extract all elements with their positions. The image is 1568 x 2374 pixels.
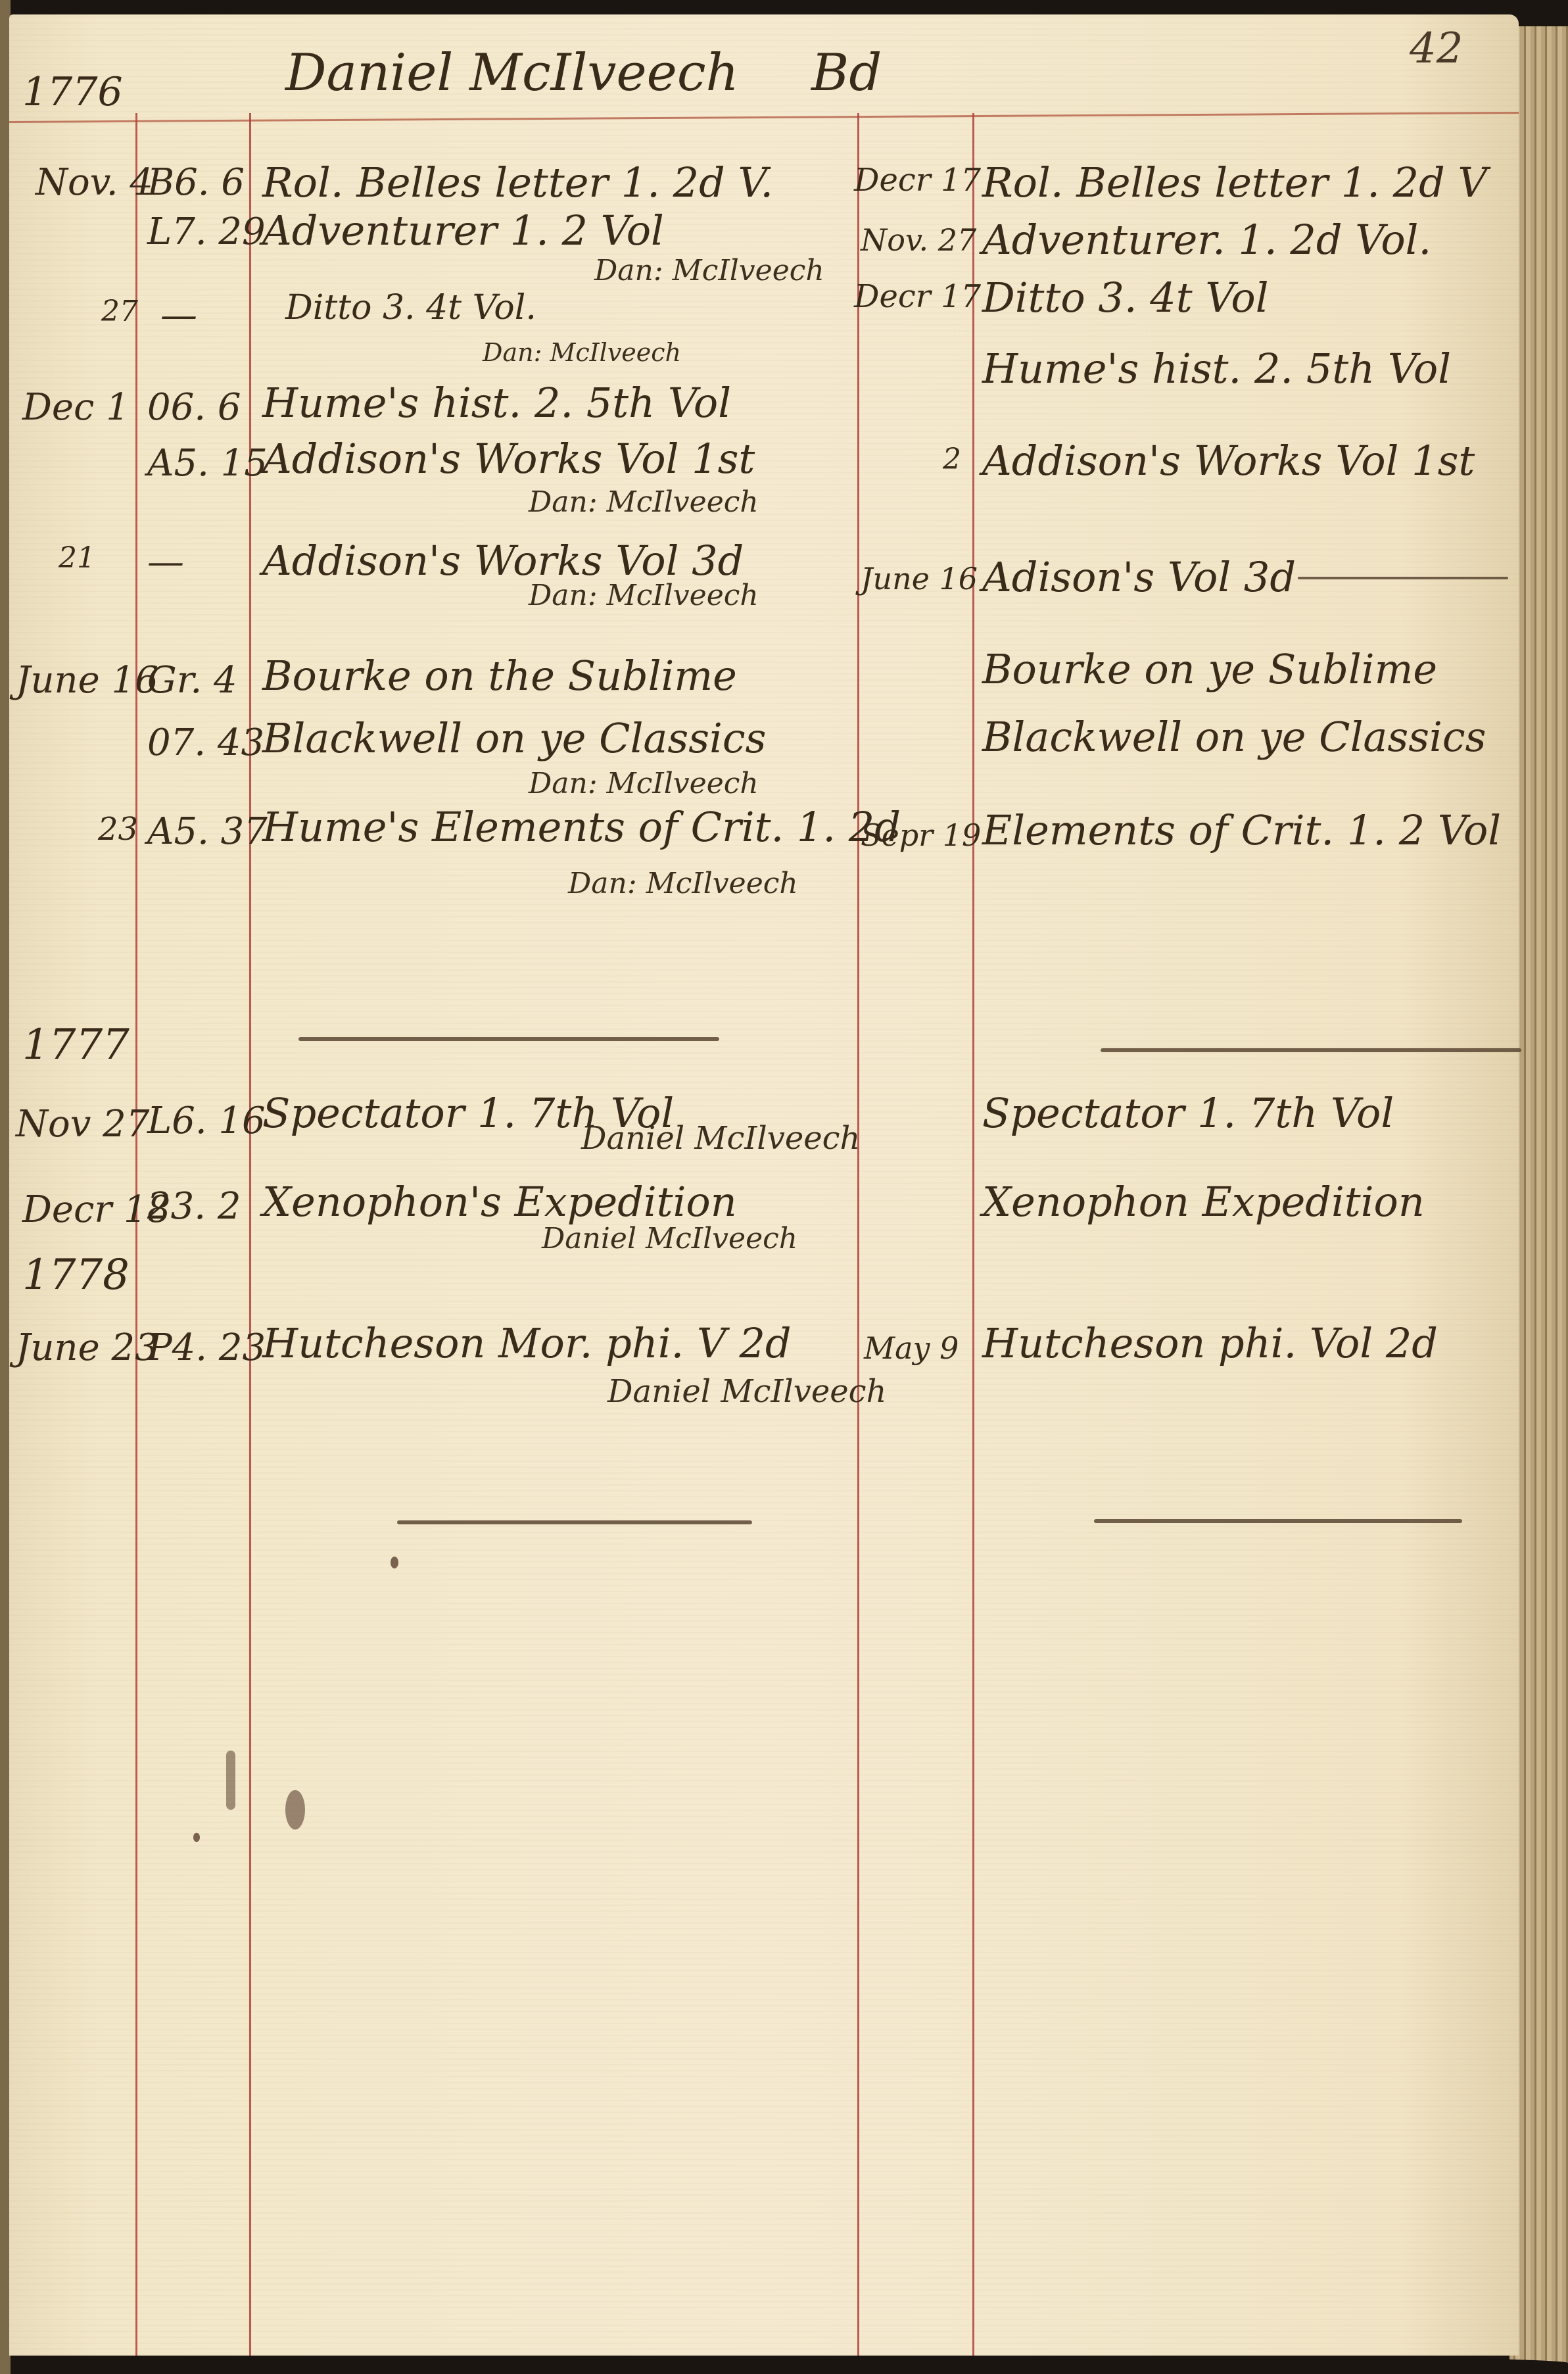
borrowed-date: 23	[98, 813, 138, 845]
borrowed-date: Nov. 4	[36, 164, 153, 201]
book-title: Hume's hist. 2. 5th Vol	[262, 383, 731, 424]
shelf-mark: 06. 6	[147, 389, 241, 426]
returned-title: Hutcheson phi. Vol 2d	[982, 1323, 1438, 1364]
returned-date: Decr 17	[854, 164, 981, 196]
ledger-page: 1776 Daniel McIlveech Bd 42 Nov. 4 B6. 6…	[9, 14, 1519, 2356]
returned-title: Ditto 3. 4t Vol	[982, 278, 1269, 318]
returned-date: Nov. 27	[861, 225, 976, 255]
returned-title: Xenophon Expedition	[982, 1182, 1425, 1223]
book-title: Bourke on the Sublime	[262, 656, 737, 696]
returned-title: Hume's hist. 2. 5th Vol	[982, 349, 1451, 389]
shelf-mark: 23. 2	[147, 1188, 241, 1225]
returned-date: May 9	[864, 1333, 959, 1363]
column-rule-returned-title	[972, 113, 974, 2356]
signature: Daniel McIlveech	[542, 1224, 797, 1253]
book-title: Ditto 3. 4t Vol.	[285, 291, 536, 325]
signature: Dan: McIlveech	[594, 256, 824, 285]
borrower-name: Daniel McIlveech	[285, 47, 739, 99]
returned-date: Sepr 19	[861, 820, 981, 850]
shelf-mark: L7. 29	[147, 214, 266, 251]
book-title: Addison's Works Vol 1st	[262, 439, 755, 479]
section-divider	[298, 1037, 719, 1041]
signature: Daniel McIlveech	[581, 1123, 860, 1154]
shelf-mark: B6. 6	[147, 164, 245, 201]
book-title: Blackwell on ye Classics	[262, 718, 766, 759]
signature: Dan: McIlveech	[529, 581, 759, 610]
shelf-mark: 07. 43	[147, 725, 264, 762]
book-title: Addison's Works Vol 3d	[262, 541, 744, 581]
ink-dot	[391, 1557, 398, 1568]
shelf-mark: L6. 16	[147, 1103, 266, 1140]
ink-dot	[193, 1833, 200, 1842]
returned-title: Adventurer. 1. 2d Vol.	[982, 220, 1431, 260]
signature: Dan: McIlveech	[529, 769, 759, 798]
year-1777: 1777	[22, 1024, 130, 1066]
returned-date: Decr 17	[854, 281, 981, 312]
ink-smudge	[285, 1790, 305, 1829]
borrowed-date: June 16	[16, 662, 158, 699]
returned-title: Spectator 1. 7th Vol	[982, 1093, 1394, 1134]
shelf-mark: P4. 23	[147, 1330, 266, 1367]
borrowed-date: Dec 1	[22, 389, 130, 426]
signature: Dan: McIlveech	[483, 340, 681, 365]
book-title: Xenophon's Expedition	[262, 1182, 737, 1223]
returned-title: Adison's Vol 3d	[982, 557, 1296, 598]
borrowed-date: 27	[101, 297, 138, 326]
header-rule	[9, 112, 1519, 123]
signature: Dan: McIlveech	[529, 488, 759, 517]
shelf-mark: Gr. 4	[147, 662, 237, 699]
borrowed-date: Nov 27	[16, 1106, 149, 1143]
borrowed-date: June 23	[16, 1330, 158, 1367]
returned-title: Addison's Works Vol 1st	[982, 441, 1475, 481]
page-number: 42	[1410, 28, 1463, 70]
end-divider	[397, 1520, 752, 1524]
ink-smudge	[226, 1751, 235, 1810]
book-title: Adventurer 1. 2 Vol	[262, 210, 664, 251]
shelf-mark: A5. 37	[147, 813, 268, 850]
strike-line	[1298, 577, 1508, 579]
signature: Daniel McIlveech	[607, 1376, 886, 1407]
returned-date: 2	[943, 445, 961, 474]
returned-title: Elements of Crit. 1. 2 Vol	[982, 810, 1501, 851]
returned-date: June 16	[861, 564, 978, 594]
shelf-mark: A5. 15	[147, 445, 268, 482]
book-title: Hume's Elements of Crit. 1. 2d	[262, 807, 901, 848]
book-title: Rol. Belles letter 1. 2d V.	[262, 162, 773, 203]
year-1776: 1776	[22, 72, 123, 112]
signature: Dan: McIlveech	[568, 869, 798, 898]
column-rule-date	[135, 113, 137, 2356]
year-1778: 1778	[22, 1254, 130, 1296]
page-bottom-shadow	[368, 2356, 1568, 2374]
book-title: Hutcheson Mor. phi. V 2d	[262, 1323, 792, 1364]
borrowed-date: 21	[59, 544, 95, 573]
returned-title: Blackwell on ye Classics	[982, 717, 1486, 758]
column-mark: Bd	[811, 47, 882, 99]
returned-title: Bourke on ye Sublime	[982, 649, 1437, 690]
column-rule-returned-date	[857, 113, 859, 2356]
shelf-mark: —	[160, 297, 197, 334]
shelf-mark: —	[147, 544, 184, 581]
returned-title: Rol. Belles letter 1. 2d V	[982, 162, 1487, 203]
section-divider	[1101, 1048, 1521, 1052]
end-divider	[1094, 1519, 1462, 1523]
